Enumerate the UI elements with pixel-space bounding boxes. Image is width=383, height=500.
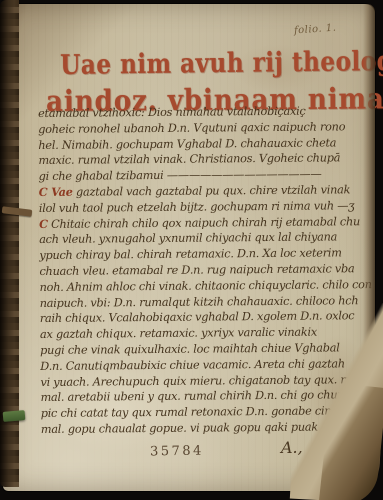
text-line-content: etamabal vtzihoxic: Dios nimahau vtalaho… [38, 105, 306, 120]
text-line-content: noh. Ahnim ahloc chi vinak. chitaonic ch… [40, 278, 372, 294]
text-line-content: ach vleuh. yxnugahol yxnumil chiyachi qu… [39, 231, 337, 247]
photo-backdrop: folio. 1. Uae nim avuh rij theologi aind… [0, 0, 383, 500]
rubric-initial: C [39, 216, 48, 230]
text-line-content: hel. Nimabih. gochupam Vghabal D. chahau… [38, 136, 336, 152]
text-line-content: ilol vuh taol puch etzelah bijtz. gochup… [39, 199, 355, 215]
text-line-content: goheic ronohel ubanoh D.n. Vqutuni qaxic… [38, 120, 345, 136]
manuscript-page: folio. 1. Uae nim avuh rij theologi aind… [3, 4, 375, 491]
text-line-content: gaztabal vach gaztabal pu qux. chire vtz… [73, 183, 351, 198]
text-line-content: maxic. rumal vtzilah vinak. Christianos.… [38, 152, 340, 168]
catalog-number: 35784 [150, 444, 204, 460]
rubric-title-line-1: Uae nim avuh rij theologi [60, 46, 383, 81]
text-line-content: gi che ghabal tzibamui —————————————— [39, 168, 322, 183]
text-line-content: chuach vleu. etamabal re D.n. rug naipuc… [39, 262, 354, 278]
text-line-content: ax gaztah chiqux. retamaxic. yxriyx vara… [40, 326, 317, 341]
text-line-content: Chitaic chirah chilo qox naipuch chirah … [48, 215, 360, 231]
rubric-initial: C Vae [39, 185, 73, 199]
text-line-content: ypuch chiray bal. chirah retamaxic. D.n.… [39, 247, 341, 263]
text-line-content: pugi che vinak quixulhaxic. loc maihtah … [40, 341, 340, 357]
green-thread-stitch [3, 410, 26, 422]
text-line: maxic. rumal vtzilah vinak. Christianos.… [38, 150, 374, 169]
page-curl-inner [319, 382, 383, 500]
folio-annotation: folio. 1. [294, 23, 337, 37]
